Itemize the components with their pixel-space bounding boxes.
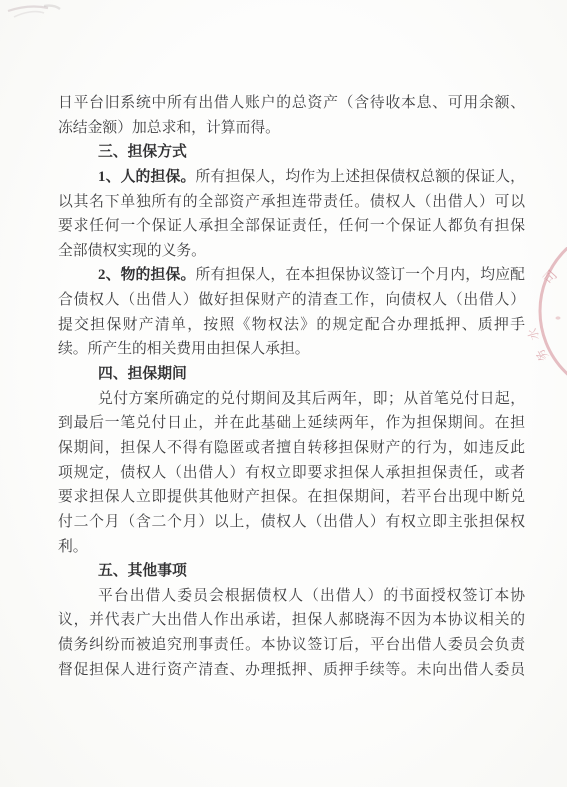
doc-line: 以其名下单独所有的全部资产承担连带责任。债权人（出借人）可以 bbox=[58, 190, 525, 215]
doc-line: 提交担保财产清单，按照《物权法》的规定配合办理抵押、质押手 bbox=[58, 313, 525, 338]
doc-line: 2、物的担保。所有担保人，在本担保协议签订一个月内，均应配 bbox=[58, 263, 525, 288]
section-heading: 四、担保期间 bbox=[58, 362, 525, 387]
doc-line: 合债权人（出借人）做好担保财产的清查工作，向债权人（出借人） bbox=[58, 288, 525, 313]
doc-line: 要求担保人立即提供其他财产担保。在担保期间，若平台出现中断兑 bbox=[58, 485, 525, 510]
doc-line: 督促担保人进行资产清查、办理抵押、质押手续等。未向出借人委员 bbox=[58, 658, 525, 683]
doc-line: 项规定，债权人（出借人）有权立即要求担保人承担担保责任，或者 bbox=[58, 461, 525, 486]
doc-line: 债务纠纷而被追究刑事责任。本协议签订后，平台出借人委员会负责 bbox=[58, 633, 525, 658]
section-heading: 五、其他事项 bbox=[58, 559, 525, 584]
red-seal-fragment: 司 水 务 bbox=[525, 247, 567, 385]
document-page: 司 水 务 日平台旧系统中所有出借人账户的总资产（含待收本息、可用余额、冻结金额… bbox=[0, 0, 567, 787]
doc-line: 1、人的担保。所有担保人，均作为上述担保债权总额的保证人， bbox=[58, 165, 525, 190]
doc-line: 日平台旧系统中所有出借人账户的总资产（含待收本息、可用余额、 bbox=[58, 91, 525, 116]
doc-line: 冻结金额）加总求和，计算而得。 bbox=[58, 116, 525, 141]
doc-line: 利。 bbox=[58, 535, 525, 560]
scan-speck bbox=[268, 610, 270, 612]
seal-char: 司 bbox=[540, 267, 560, 287]
doc-line: 保期间，担保人不得有隐匿或者擅自转移担保财产的行为，如违反此 bbox=[58, 436, 525, 461]
scan-speck bbox=[396, 586, 398, 588]
scan-speck bbox=[469, 417, 472, 419]
doc-line: 全部债权实现的义务。 bbox=[58, 239, 525, 264]
document-body: 日平台旧系统中所有出借人账户的总资产（含待收本息、可用余额、冻结金额）加总求和，… bbox=[58, 91, 525, 682]
doc-line: 要求任何一个保证人承担全部保证责任，任何一个保证人都负有担保 bbox=[58, 214, 525, 239]
doc-line: 议，并代表广大出借人作出承诺，担保人郝晓海不因为本协议相关的 bbox=[58, 608, 525, 633]
doc-line: 兑付方案所确定的兑付期间及其后两年，即；从首笔兑付日起， bbox=[58, 387, 525, 412]
seal-char: 务 bbox=[533, 346, 551, 364]
doc-line: 续。所产生的相关费用由担保人承担。 bbox=[58, 337, 525, 362]
doc-line: 付二个月（含二个月）以上，债权人（出借人）有权立即主张担保权 bbox=[58, 510, 525, 535]
scan-smudge bbox=[4, 1, 74, 27]
paragraph-lead: 2、物的担保。 bbox=[98, 267, 196, 283]
seal-char: 水 bbox=[525, 327, 542, 342]
doc-line: 平台出借人委员会根据债权人（出借人）的书面授权签订本协 bbox=[58, 584, 525, 609]
section-heading: 三、担保方式 bbox=[58, 140, 525, 165]
paragraph-lead: 1、人的担保。 bbox=[98, 169, 196, 185]
doc-line: 到最后一笔兑付日止，并在此基础上延续两年，作为担保期间。在担 bbox=[58, 411, 525, 436]
